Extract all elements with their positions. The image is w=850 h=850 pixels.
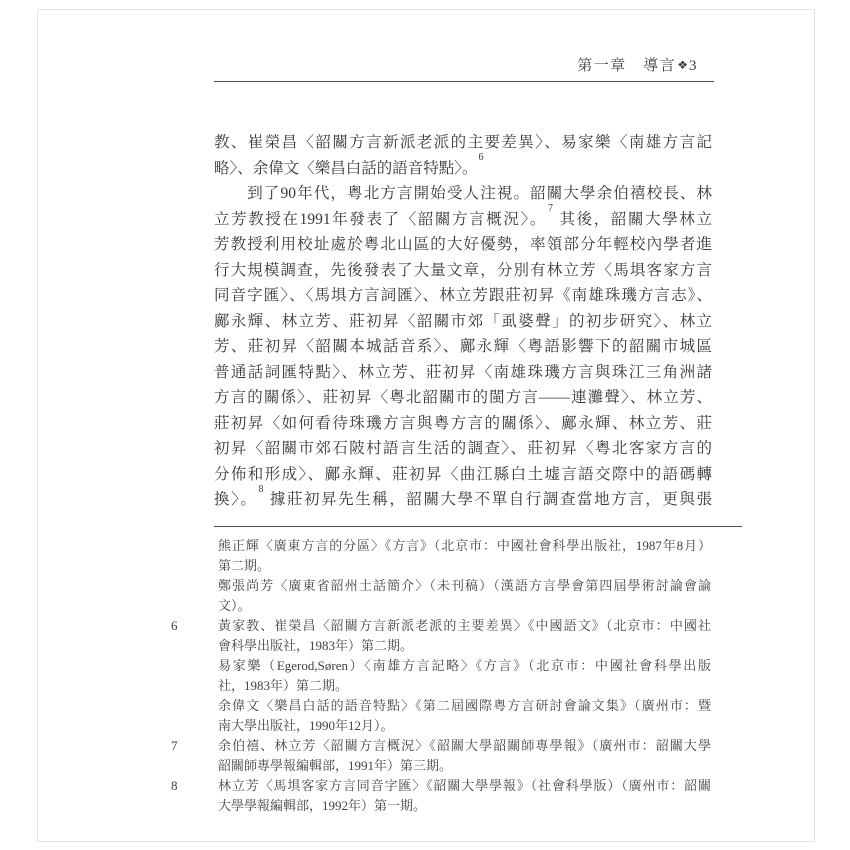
footnote-line: 易家樂（Egerod,Søren）〈南雄方言記略〉《方言》（北京市：中國社會科學… [168, 656, 711, 676]
body-line: 到了90年代，粤北方言開始受人注視。韶關大學余伯禧校長、林 [214, 181, 712, 207]
footnote-line: 大學學報編輯部，1992年）第一期。 [168, 796, 711, 816]
body-line: 鄺永輝、林立芳、莊初昇〈韶關市郊「虱婆聲」的初步研究〉、林立 [214, 309, 712, 335]
body-line: 略〉、余偉文〈樂昌白話的語音特點〉。6 [214, 156, 712, 182]
footnote-line: 第二期。 [168, 556, 711, 576]
footnote-text: 第二期。 [218, 556, 711, 576]
body-line: 莊初昇〈如何看待珠璣方言與粤方言的關係〉、鄺永輝、林立芳、莊 [214, 411, 712, 437]
footnote-ref: 6 [478, 152, 485, 163]
footnote-line: 韶關師專學報編輯部，1991年）第三期。 [168, 756, 711, 776]
footnote-text: 余伯禧、林立芳〈韶關方言概況〉《韶關大學韶關師專學報》（廣州市：韶關大學 [218, 736, 711, 756]
footnote-number: 6 [171, 616, 178, 636]
body-line: 教、崔榮昌〈韶關方言新派老派的主要差異〉、易家樂〈南雄方言記 [214, 130, 712, 156]
body-line: 換〉。8 據莊初昇先生稱，韶關大學不單自行調查當地方言，更與張 [214, 487, 712, 513]
footnote-ref: 7 [547, 203, 554, 214]
running-header: 第一章 導言❖3 [214, 56, 712, 76]
body-line: 同音字匯〉、〈馬埧方言詞匯〉、林立芳跟莊初昇《南雄珠璣方言志》、 [214, 283, 712, 309]
footnotes: 熊正輝〈廣東方言的分區〉《方言》（北京市：中國社會科學出版社，1987年8月） … [168, 536, 711, 816]
page-number: 3 [689, 58, 698, 74]
body-line: 普通話詞匯特點〉、林立芳、莊初昇〈南雄珠璣方言與珠江三角洲諸 [214, 360, 712, 386]
footnote-line: 8林立芳〈馬埧客家方言同音字匯〉《韶關大學學報》（社會科學版）（廣州市：韶關 [168, 776, 711, 796]
footnote-text: 余偉文〈樂昌白話的語音特點〉《第二屆國際粤方言研討會論文集》（廣州市：暨 [218, 696, 711, 716]
header-rule [214, 81, 714, 82]
body-line: 立芳教授在1991年發表了〈韶關方言概況〉。7 其後，韶關大學林立 [214, 207, 712, 233]
footnote-line: 鄭張尚芳〈廣東省韶州土話簡介〉（未刊稿）（漢語方言學會第四屆學術討論會論 [168, 576, 711, 596]
footnote-text: 社，1983年）第二期。 [218, 676, 711, 696]
footnote-text: 熊正輝〈廣東方言的分區〉《方言》（北京市：中國社會科學出版社，1987年8月） [218, 536, 711, 556]
footnote-line: 余偉文〈樂昌白話的語音特點〉《第二屆國際粤方言研討會論文集》（廣州市：暨 [168, 696, 711, 716]
footnote-line: 熊正輝〈廣東方言的分區〉《方言》（北京市：中國社會科學出版社，1987年8月） [168, 536, 711, 556]
footnote-text: 南大學出版社，1990年12月）。 [218, 716, 711, 736]
footnote-line: 社，1983年）第二期。 [168, 676, 711, 696]
footnote-text: 黃家教、崔榮昌〈韶關方言新派老派的主要差異〉《中國語文》（北京市：中國社 [218, 616, 711, 636]
ornament-icon: ❖ [676, 58, 689, 72]
footnote-line: 7余伯禧、林立芳〈韶關方言概況〉《韶關大學韶關師專學報》（廣州市：韶關大學 [168, 736, 711, 756]
footnote-text: 文）。 [218, 596, 711, 616]
footnote-number: 7 [171, 736, 178, 756]
body-line: 方言的關係〉、莊初昇〈粤北韶關市的閩方言——連灘聲〉、林立芳、 [214, 385, 712, 411]
footnote-line: 南大學出版社，1990年12月）。 [168, 716, 711, 736]
body-line: 芳、莊初昇〈韶關本城話音系〉、鄺永輝〈粤語影響下的韶關市城區 [214, 334, 712, 360]
footnote-line: 會科學出版社，1983年）第二期。 [168, 636, 711, 656]
body-line: 分佈和形成〉、鄺永輝、莊初昇〈曲江縣白土墟言語交際中的語碼轉 [214, 462, 712, 488]
body-line: 芳教授利用校址處於粤北山區的大好優勢，率領部分年輕校內學者進 [214, 232, 712, 258]
scanned-book-page: { "doc": { "colors": { "ink": "#3a3a3a",… [0, 0, 850, 850]
body-line: 初昇〈韶關市郊石陂村語言生活的調查〉、莊初昇〈粤北客家方言的 [214, 436, 712, 462]
body-text: 教、崔榮昌〈韶關方言新派老派的主要差異〉、易家樂〈南雄方言記 略〉、余偉文〈樂昌… [214, 130, 712, 513]
footnote-ref: 8 [257, 484, 264, 495]
footnote-text: 韶關師專學報編輯部，1991年）第三期。 [218, 756, 711, 776]
footnote-line: 6黃家教、崔榮昌〈韶關方言新派老派的主要差異〉《中國語文》（北京市：中國社 [168, 616, 711, 636]
chapter-title: 第一章 導言 [577, 58, 676, 74]
footnote-text: 大學學報編輯部，1992年）第一期。 [218, 796, 711, 816]
footnote-text: 會科學出版社，1983年）第二期。 [218, 636, 711, 656]
footnote-separator [214, 526, 742, 527]
footnote-text: 易家樂（Egerod,Søren）〈南雄方言記略〉《方言》（北京市：中國社會科學… [218, 656, 711, 676]
body-line: 行大規模調查，先後發表了大量文章，分別有林立芳〈馬埧客家方言 [214, 258, 712, 284]
footnote-text: 林立芳〈馬埧客家方言同音字匯〉《韶關大學學報》（社會科學版）（廣州市：韶關 [218, 776, 711, 796]
footnote-line: 文）。 [168, 596, 711, 616]
footnote-number: 8 [171, 776, 178, 796]
footnote-text: 鄭張尚芳〈廣東省韶州土話簡介〉（未刊稿）（漢語方言學會第四屆學術討論會論 [218, 576, 711, 596]
